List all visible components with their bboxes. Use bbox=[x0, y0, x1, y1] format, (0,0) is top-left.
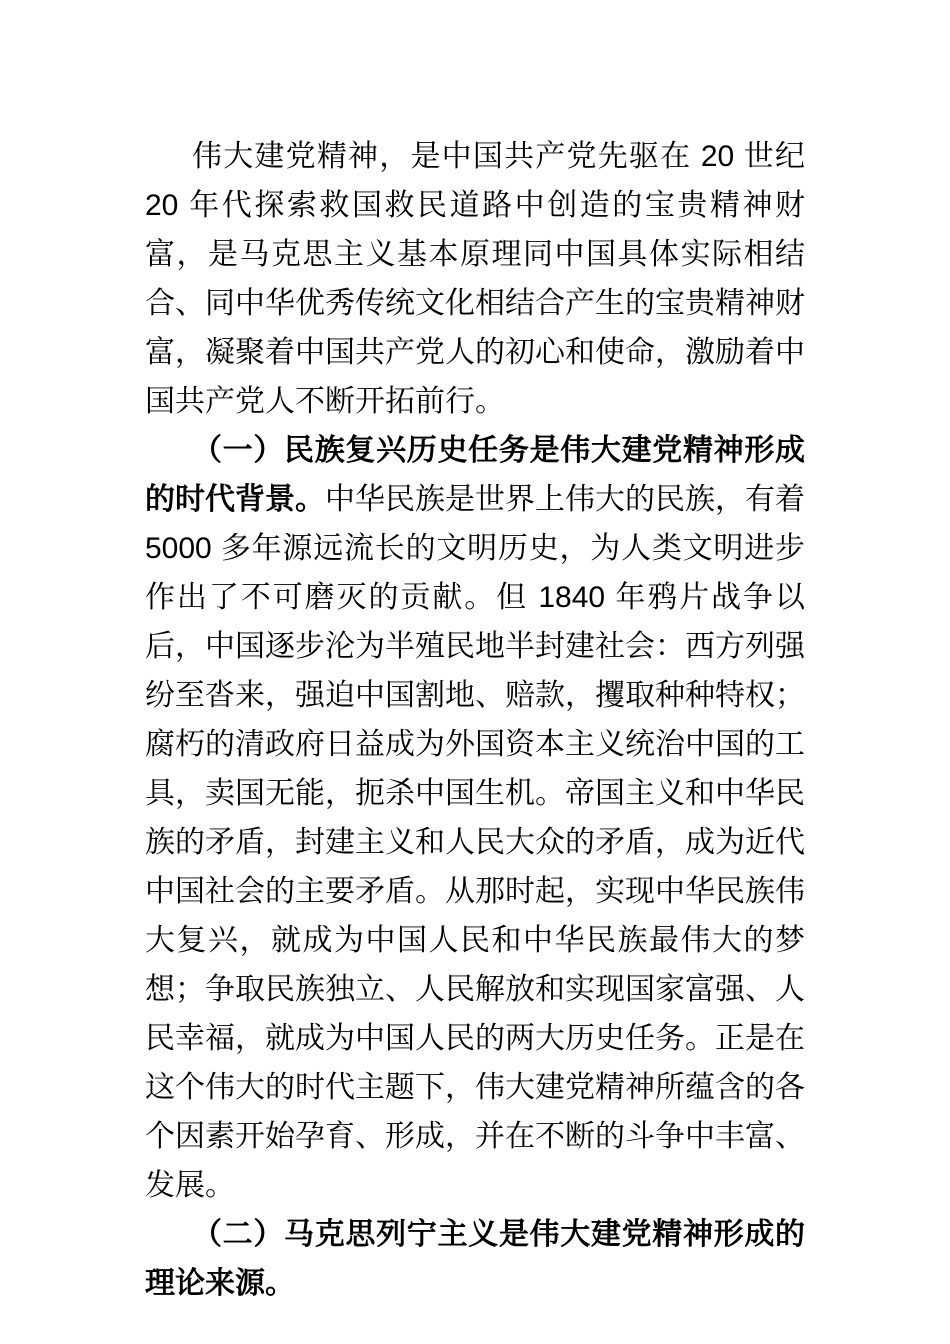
document-page: 伟大建党精神，是中国共产党先驱在 20 世纪 20 年代探索救国救民道路中创造的… bbox=[0, 0, 950, 1344]
paragraph-intro-text: 伟大建党精神，是中国共产党先驱在 20 世纪 20 年代探索救国救民道路中创造的… bbox=[145, 140, 805, 418]
paragraph-intro: 伟大建党精神，是中国共产党先驱在 20 世纪 20 年代探索救国救民道路中创造的… bbox=[145, 132, 805, 426]
paragraph-section-2: （二）马克思列宁主义是伟大建党精神形成的理论来源。 bbox=[145, 1210, 805, 1308]
document-body: 伟大建党精神，是中国共产党先驱在 20 世纪 20 年代探索救国救民道路中创造的… bbox=[145, 132, 805, 1308]
section-2-heading: （二）马克思列宁主义是伟大建党精神形成的理论来源。 bbox=[145, 1218, 805, 1300]
paragraph-section-1: （一）民族复兴历史任务是伟大建党精神形成的时代背景。中华民族是世界上伟大的民族，… bbox=[145, 426, 805, 1210]
section-1-text: 中华民族是世界上伟大的民族，有着 5000 多年源远流长的文明历史，为人类文明进… bbox=[145, 483, 805, 1202]
